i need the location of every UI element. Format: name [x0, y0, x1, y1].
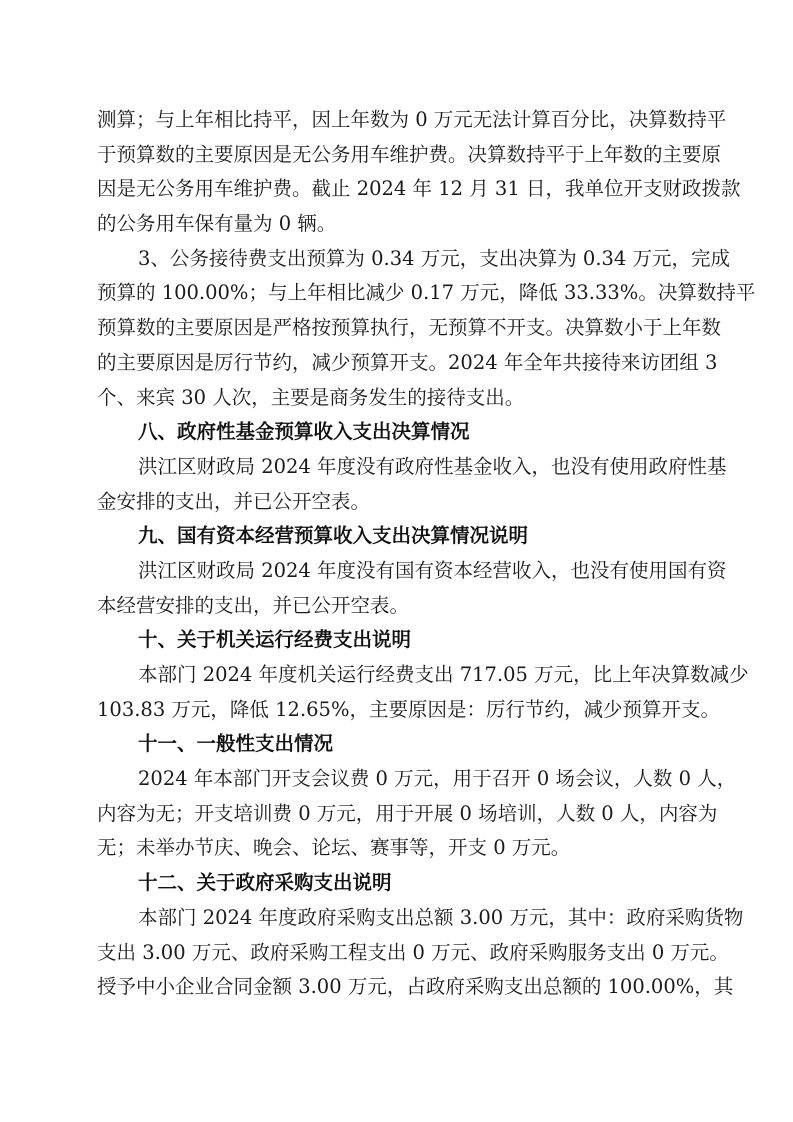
- document-body: 测算；与上年相比持平，因上年数为 0 万元无法计算百分比，决算数持平 于预算数的…: [97, 103, 698, 1005]
- paragraph-government-procurement: 本部门 2024 年度政府采购支出总额 3.00 万元，其中：政府采购货物 支出…: [97, 901, 698, 1005]
- text-line: 支出 3.00 万元、政府采购工程支出 0 万元、政府采购服务支出 0 万元。: [97, 936, 698, 971]
- section-heading-government-procurement: 十二、关于政府采购支出说明: [97, 866, 698, 901]
- section-heading-state-capital: 九、国有资本经营预算收入支出决算情况说明: [97, 519, 698, 554]
- text-line: 洪江区财政局 2024 年度没有政府性基金收入，也没有使用政府性基: [97, 450, 698, 485]
- text-line: 本部门 2024 年度机关运行经费支出 717.05 万元，比上年决算数减少: [97, 658, 698, 693]
- paragraph-state-capital: 洪江区财政局 2024 年度没有国有资本经营收入，也没有使用国有资 本经营安排的…: [97, 554, 698, 623]
- document-page: 测算；与上年相比持平，因上年数为 0 万元无法计算百分比，决算数持平 于预算数的…: [0, 0, 793, 1122]
- section-heading-government-fund: 八、政府性基金预算收入支出决算情况: [97, 415, 698, 450]
- text-line: 本部门 2024 年度政府采购支出总额 3.00 万元，其中：政府采购货物: [97, 901, 698, 936]
- text-line: 的主要原因是厉行节约，减少预算开支。2024 年全年共接待来访团组 3: [97, 346, 698, 381]
- text-line: 103.83 万元，降低 12.65%，主要原因是：厉行节约，减少预算开支。: [97, 693, 698, 728]
- text-line: 3、公务接待费支出预算为 0.34 万元，支出决算为 0.34 万元，完成: [97, 242, 698, 277]
- text-line: 测算；与上年相比持平，因上年数为 0 万元无法计算百分比，决算数持平: [97, 103, 698, 138]
- text-line: 2024 年本部门开支会议费 0 万元，用于召开 0 场会议，人数 0 人，: [97, 762, 698, 797]
- text-line: 预算数的主要原因是严格按预算执行，无预算不开支。决算数小于上年数: [97, 311, 698, 346]
- text-line: 授予中小企业合同金额 3.00 万元，占政府采购支出总额的 100.00%，其: [97, 970, 698, 1005]
- text-line: 预算的 100.00%；与上年相比减少 0.17 万元，降低 33.33%。决算…: [97, 276, 698, 311]
- text-line: 洪江区财政局 2024 年度没有国有资本经营收入，也没有使用国有资: [97, 554, 698, 589]
- section-heading-operating-expenses: 十、关于机关运行经费支出说明: [97, 623, 698, 658]
- text-line: 于预算数的主要原因是无公务用车维护费。决算数持平于上年数的主要原: [97, 138, 698, 173]
- text-line: 金安排的支出，并已公开空表。: [97, 485, 698, 520]
- text-line: 本经营安排的支出，并已公开空表。: [97, 589, 698, 624]
- paragraph-general-expenses: 2024 年本部门开支会议费 0 万元，用于召开 0 场会议，人数 0 人， 内…: [97, 762, 698, 866]
- text-line: 的公务用车保有量为 0 辆。: [97, 207, 698, 242]
- paragraph-government-fund: 洪江区财政局 2024 年度没有政府性基金收入，也没有使用政府性基 金安排的支出…: [97, 450, 698, 519]
- section-heading-general-expenses: 十一、一般性支出情况: [97, 727, 698, 762]
- paragraph-vehicle-maintenance-continued: 测算；与上年相比持平，因上年数为 0 万元无法计算百分比，决算数持平 于预算数的…: [97, 103, 698, 242]
- text-line: 内容为无；开支培训费 0 万元，用于开展 0 场培训，人数 0 人，内容为: [97, 797, 698, 832]
- paragraph-reception-expenses: 3、公务接待费支出预算为 0.34 万元，支出决算为 0.34 万元，完成 预算…: [97, 242, 698, 415]
- paragraph-operating-expenses: 本部门 2024 年度机关运行经费支出 717.05 万元，比上年决算数减少 1…: [97, 658, 698, 727]
- text-line: 无；未举办节庆、晚会、论坛、赛事等，开支 0 万元。: [97, 831, 698, 866]
- text-line: 个、来宾 30 人次，主要是商务发生的接待支出。: [97, 381, 698, 416]
- text-line: 因是无公务用车维护费。截止 2024 年 12 月 31 日，我单位开支财政拨款: [97, 172, 698, 207]
